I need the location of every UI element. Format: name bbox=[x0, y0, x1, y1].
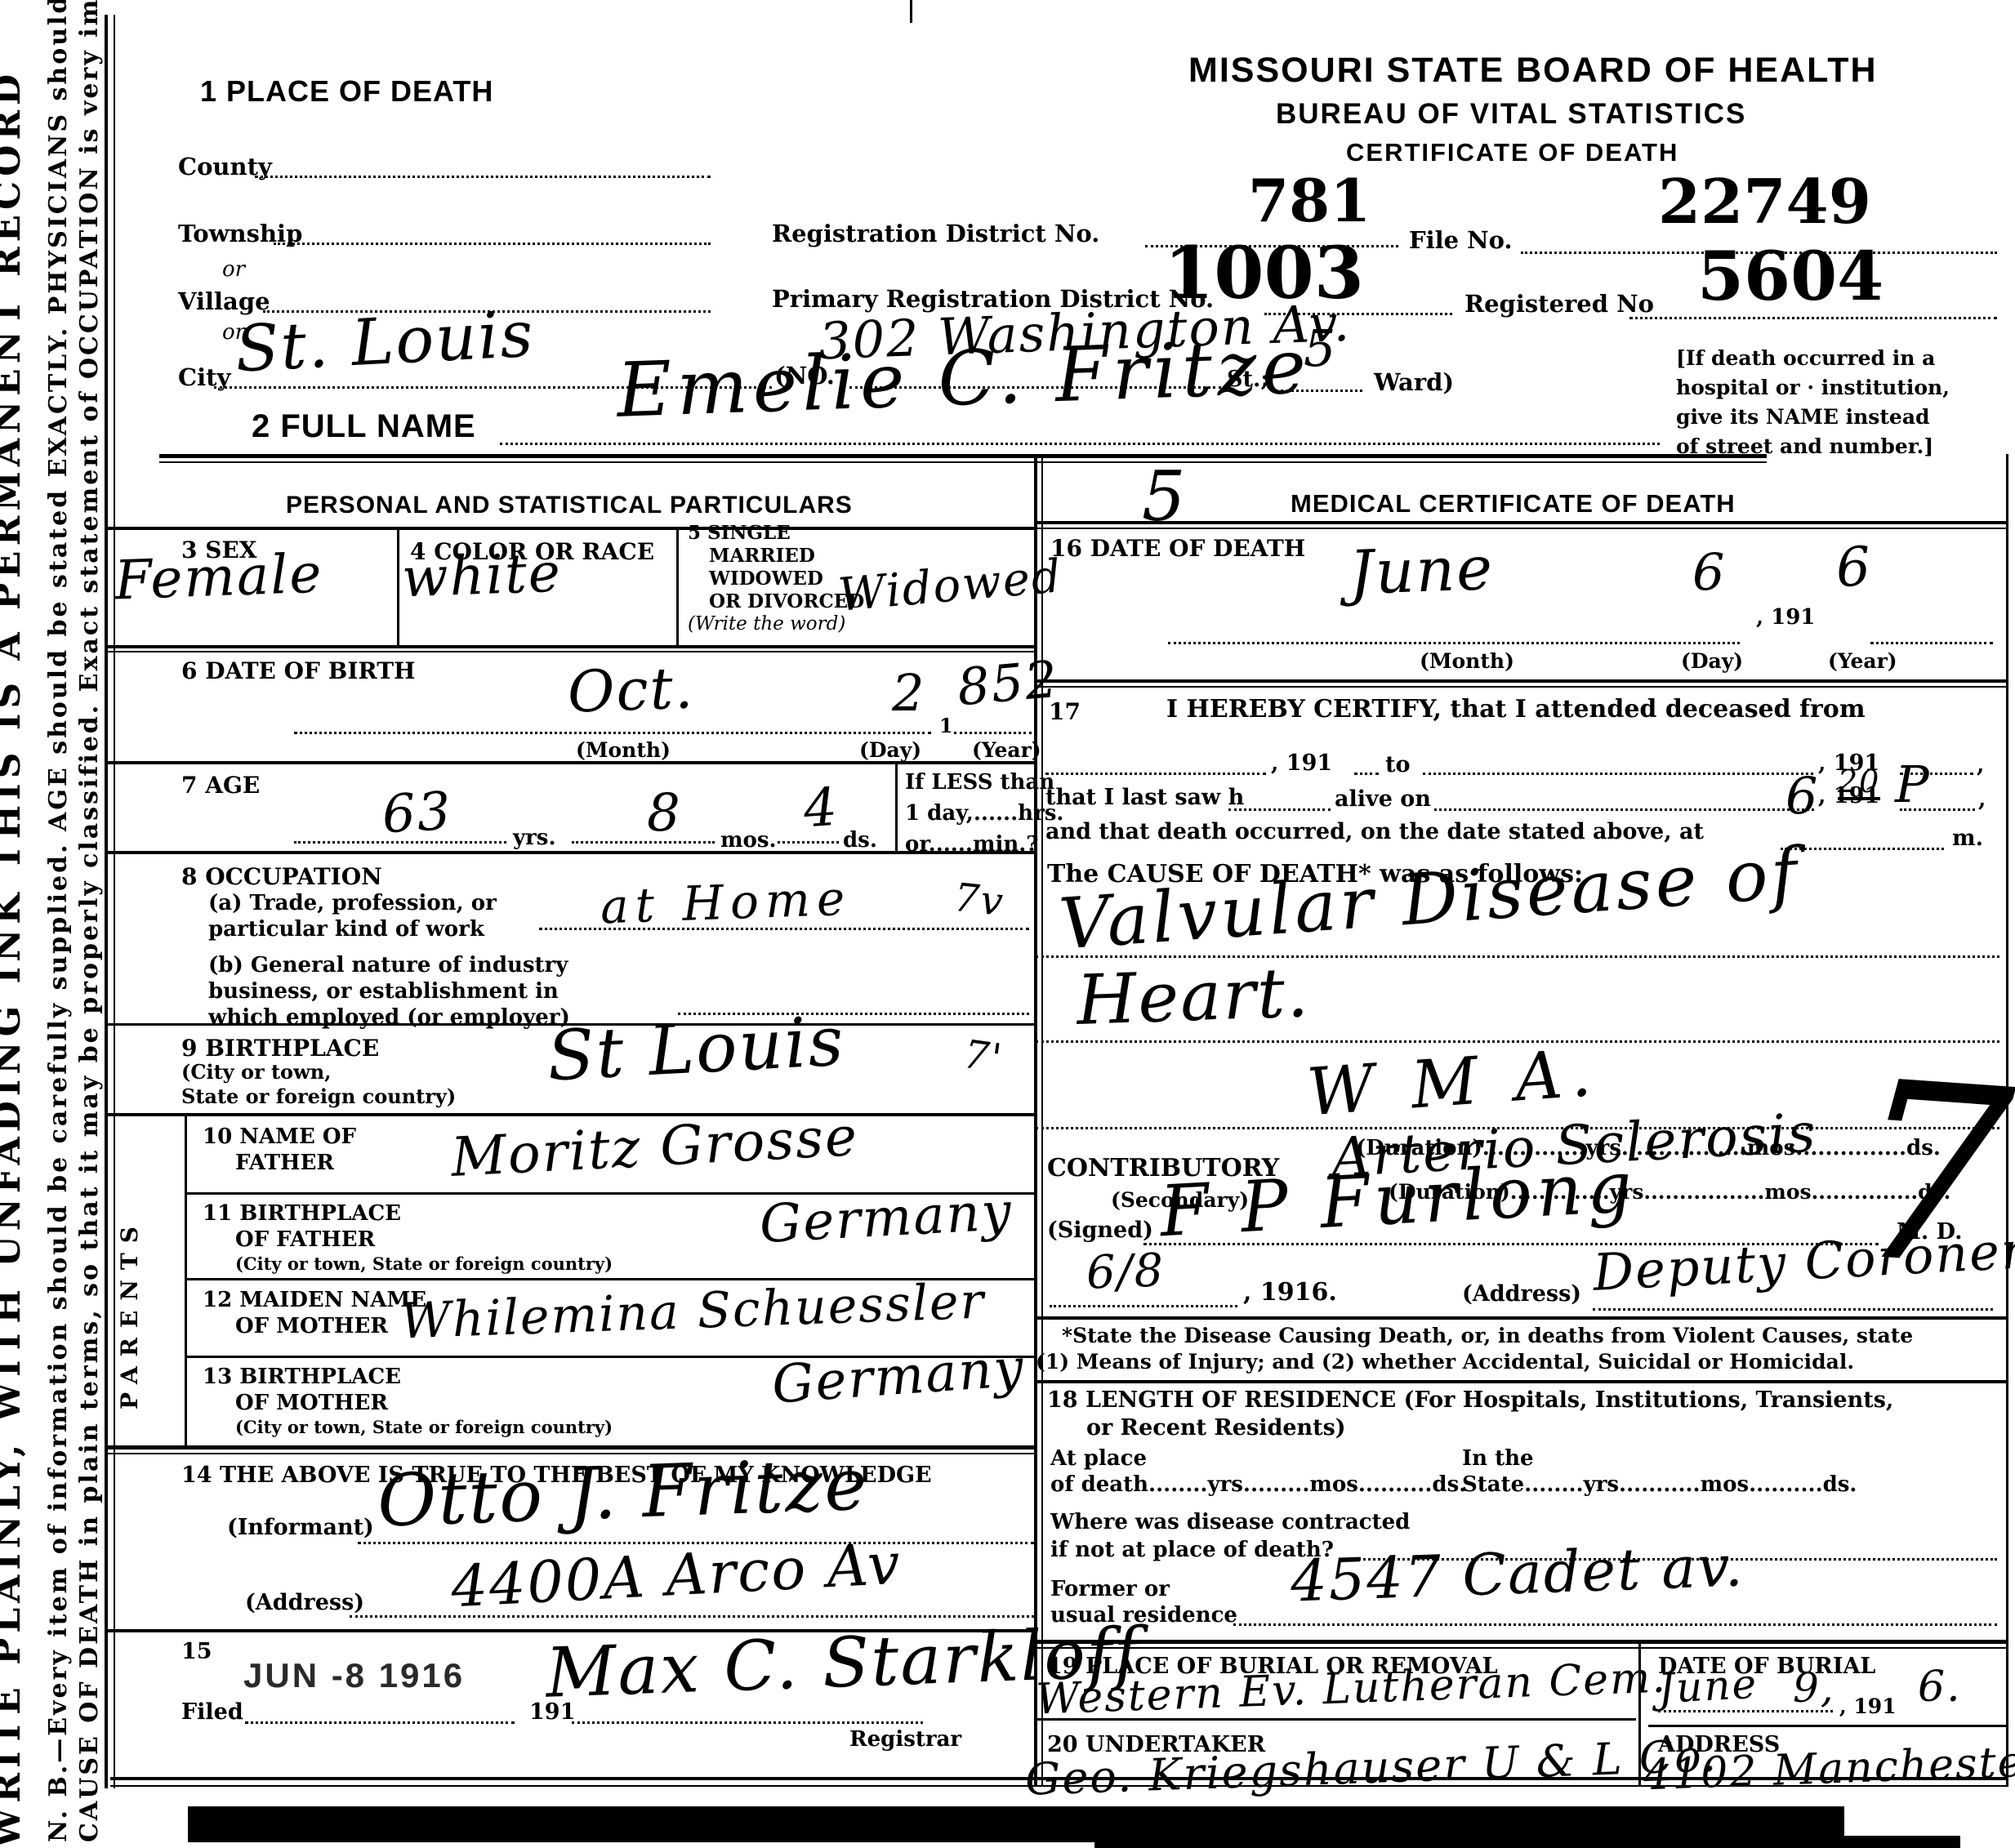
date-of-death-day: 6 bbox=[1692, 547, 1726, 598]
age-ds-caption: ds. bbox=[843, 829, 877, 853]
father-birthplace-label-line3: (City or town, State or foreign country) bbox=[235, 1254, 613, 1274]
scan-artifact-tick bbox=[910, 0, 912, 23]
village-label: Village bbox=[178, 288, 270, 314]
burial-top-rule2 bbox=[1034, 1647, 2007, 1649]
mother-name-label-line2: OF MOTHER bbox=[235, 1315, 388, 1338]
dob-label: 6 DATE OF BIRTH bbox=[181, 658, 415, 684]
death-time-m-label: m. bbox=[1952, 826, 1983, 851]
age-label: 7 AGE bbox=[181, 773, 260, 798]
age-mos-caption: mos. bbox=[720, 829, 777, 853]
board-title: MISSOURI STATE BOARD OF HEALTH bbox=[1188, 51, 1878, 90]
occupation-a-line2: particular kind of work bbox=[208, 918, 484, 942]
last-saw-dots-2 bbox=[1434, 808, 1814, 811]
filed-label: Filed bbox=[181, 1700, 243, 1725]
in-state-label-line1: In the bbox=[1462, 1447, 1534, 1471]
birthplace-label-line1: 9 BIRTHPLACE bbox=[181, 1035, 379, 1061]
occupation-a-value: at Home bbox=[600, 875, 852, 931]
footnote-bottom-rule bbox=[1034, 1380, 2007, 1383]
dob-year-value: 852 bbox=[956, 654, 1061, 714]
death-time-minutes: 20 bbox=[1838, 766, 1880, 800]
scan-black-bar-2 bbox=[1094, 1836, 1960, 1848]
birthplace-label-line3: State or foreign country) bbox=[181, 1086, 456, 1108]
former-residence-value: 4547 Cadet av. bbox=[1290, 1537, 1745, 1610]
father-name-value: Moritz Grosse bbox=[450, 1110, 860, 1185]
footnote-top-rule bbox=[1034, 1316, 2007, 1320]
dob-line bbox=[294, 732, 931, 734]
burial-date-year-prefix: , 191 bbox=[1839, 1695, 1897, 1718]
death-certificate-scan: WRITE PLAINLY, WITH UNFADING INK THIS IS… bbox=[0, 0, 2015, 1848]
age-ds-value: 4 bbox=[802, 782, 840, 836]
stray-mark-1: 7v bbox=[952, 878, 1006, 922]
signed-date-value: 6/8 bbox=[1086, 1248, 1166, 1296]
reg-district-value: 781 bbox=[1248, 171, 1371, 230]
sex-row-rule2 bbox=[108, 651, 1034, 652]
parents-vertical-label: PARENTS bbox=[116, 1217, 143, 1409]
informant-address-label: (Address) bbox=[245, 1591, 364, 1615]
margin-permanent-record: WRITE PLAINLY, WITH UNFADING INK THIS IS… bbox=[0, 69, 29, 1848]
medical-title-rule2 bbox=[1034, 528, 2007, 529]
at-place-label-line1: At place bbox=[1050, 1447, 1147, 1471]
cause-of-death-line3: W M A. bbox=[1305, 1040, 1602, 1126]
signed-year-label: , 1916. bbox=[1243, 1279, 1337, 1307]
certify-dots-2 bbox=[1354, 773, 1379, 775]
at-place-label-line2: of death........yrs.........mos.........… bbox=[1050, 1473, 1466, 1497]
full-name-label: 2 FULL NAME bbox=[252, 408, 476, 445]
reg-district-label: Registration District No. bbox=[772, 220, 1099, 247]
burial-date-day: 9, bbox=[1793, 1668, 1835, 1708]
footnote-line2: (1) Means of Injury; and (2) whether Acc… bbox=[1036, 1351, 1854, 1374]
date-of-death-year-prefix: , 191 bbox=[1756, 606, 1815, 630]
death-time-meridiem: P bbox=[1895, 759, 1931, 810]
certify-number: 17 bbox=[1049, 699, 1081, 724]
alive-on-label: alive on bbox=[1335, 787, 1431, 812]
age-yrs-value: 63 bbox=[381, 786, 453, 841]
mother-name-label-line1: 12 MAIDEN NAME bbox=[203, 1289, 426, 1312]
date-of-death-label: 16 DATE OF DEATH bbox=[1050, 536, 1305, 561]
race-marital-divider bbox=[676, 527, 679, 647]
form-left-border-outer bbox=[105, 15, 108, 1788]
occupation-b-line1: (b) General nature of industry bbox=[208, 954, 568, 977]
city-value: St. Louis bbox=[234, 302, 536, 381]
filed-section-number: 15 bbox=[181, 1640, 212, 1664]
registered-no-value: 5604 bbox=[1697, 243, 1883, 310]
ward-label: Ward) bbox=[1374, 369, 1454, 395]
medical-title-rule bbox=[1034, 521, 2007, 524]
dob-year-line bbox=[954, 732, 1032, 734]
age-yrs-caption: yrs. bbox=[513, 826, 556, 850]
margin-nb-line1: N. B.—Every item of information should b… bbox=[44, 0, 73, 1842]
personal-title-rule bbox=[108, 527, 1034, 530]
race-value: white bbox=[401, 546, 563, 606]
hospital-note-line1: [If death occurred in a bbox=[1676, 347, 1935, 370]
last-saw-label: that I last saw h bbox=[1045, 786, 1244, 810]
age-note-line1: If LESS than bbox=[905, 771, 1054, 795]
informant-label: (Informant) bbox=[227, 1516, 374, 1540]
certify-comma-1: , bbox=[1977, 753, 1984, 777]
medical-section-title: MEDICAL CERTIFICATE OF DEATH bbox=[1291, 490, 1736, 519]
dob-year-prefix: 1 bbox=[939, 715, 953, 737]
mother-birthplace-label-line2: OF MOTHER bbox=[235, 1392, 388, 1415]
father-name-label-line1: 10 NAME OF bbox=[203, 1125, 356, 1149]
birthplace-label-line2: (City or town, bbox=[181, 1062, 332, 1084]
occupation-b-line3: which employed (or employer) bbox=[208, 1006, 570, 1030]
date-of-death-line bbox=[1168, 642, 1740, 644]
death-time-dots bbox=[1781, 848, 1944, 850]
township-line bbox=[274, 243, 711, 245]
certify-dots-1 bbox=[1045, 773, 1266, 775]
occupation-a-line bbox=[539, 928, 1029, 930]
county-line bbox=[255, 176, 711, 178]
certify-year-1: , 191 bbox=[1271, 751, 1332, 776]
filed-line2 bbox=[572, 1721, 923, 1724]
cause-of-death-line1: Valvular Disease of bbox=[1057, 838, 1803, 960]
dod-month-caption: (Month) bbox=[1420, 650, 1514, 673]
marital-value: Widowed bbox=[836, 554, 1064, 619]
sex-race-divider bbox=[397, 527, 399, 647]
in-state-label-line2: State........yrs...........mos..........… bbox=[1462, 1473, 1857, 1497]
registrar-label: Registrar bbox=[849, 1728, 961, 1752]
informant-address-value: 4400A Arco Av bbox=[450, 1535, 903, 1616]
occupation-a-line1: (a) Trade, profession, or bbox=[208, 892, 497, 915]
age-row-rule bbox=[108, 851, 1034, 854]
personal-section-title: PERSONAL AND STATISTICAL PARTICULARS bbox=[286, 492, 853, 519]
dob-day-value: 2 bbox=[892, 668, 925, 719]
occupation-b-line2: business, or establishment in bbox=[208, 980, 559, 1004]
father-birthplace-label-line2: OF FATHER bbox=[235, 1228, 375, 1252]
dod-day-caption: (Day) bbox=[1681, 650, 1743, 673]
margin-nb-line2: CAUSE OF DEATH in plain terms, so that i… bbox=[75, 0, 104, 1842]
informant-address-line bbox=[350, 1615, 1034, 1618]
dod-row-rule bbox=[1034, 679, 2007, 683]
burial-top-rule bbox=[1034, 1640, 2007, 1644]
death-occurred-label: and that death occurred, on the date sta… bbox=[1045, 820, 1704, 844]
stray-mark-2: 7' bbox=[961, 1035, 1005, 1079]
former-residence-line bbox=[1233, 1623, 1997, 1626]
signed-label: (Signed) bbox=[1047, 1218, 1153, 1243]
burial-date-month: June bbox=[1657, 1663, 1759, 1709]
burial-date-line bbox=[1658, 1710, 1833, 1712]
age-yrs-line bbox=[294, 841, 506, 844]
header-bottom-rule bbox=[159, 454, 1767, 458]
certify-to-label: to bbox=[1385, 753, 1410, 777]
full-name-line bbox=[500, 443, 1660, 445]
mother-birthplace-label-line1: 13 BIRTHPLACE bbox=[203, 1365, 401, 1389]
certify-dots-3 bbox=[1423, 773, 1813, 775]
death-time-hour: 6 bbox=[1785, 771, 1819, 822]
age-ds-line bbox=[778, 841, 839, 844]
residence-label-line1: 18 LENGTH OF RESIDENCE (For Hospitals, I… bbox=[1047, 1388, 1893, 1413]
hospital-note-line4: of street and number.] bbox=[1676, 435, 1933, 458]
burial-date-rule bbox=[1648, 1725, 2007, 1727]
father-name-label-line2: FATHER bbox=[235, 1151, 334, 1175]
father-birthplace-value: Germany bbox=[759, 1186, 1014, 1251]
footnote-line1: *State the Disease Causing Death, or, in… bbox=[1062, 1325, 1913, 1347]
hospital-note-line3: give its NAME instead bbox=[1676, 406, 1930, 429]
certify-comma-2: , bbox=[1978, 787, 1986, 812]
certificate-title: CERTIFICATE OF DEATH bbox=[1346, 139, 1678, 167]
full-name-value: Emelie C. Fritze bbox=[616, 329, 1313, 429]
informant-value: Otto J. Fritze bbox=[377, 1449, 870, 1538]
registered-no-label: Registered No bbox=[1464, 291, 1654, 317]
residence-label-line2: or Recent Residents) bbox=[1086, 1416, 1346, 1441]
filed-line bbox=[245, 1721, 515, 1724]
dob-month-value: Oct. bbox=[567, 659, 695, 720]
signed-date-line bbox=[1050, 1305, 1237, 1307]
date-of-death-year: 6 bbox=[1834, 540, 1873, 595]
dod-year-caption: (Year) bbox=[1828, 650, 1897, 673]
occupation-label: 8 OCCUPATION bbox=[181, 864, 382, 889]
date-of-death-month: June bbox=[1349, 538, 1495, 603]
burial-date-year: 6. bbox=[1918, 1666, 1962, 1708]
age-mos-value: 8 bbox=[647, 787, 682, 839]
sex-value: Female bbox=[114, 547, 323, 608]
bureau-title: BUREAU OF VITAL STATISTICS bbox=[1276, 98, 1746, 130]
contracted-label-line1: Where was disease contracted bbox=[1050, 1511, 1410, 1534]
former-residence-label-line2: usual residence bbox=[1050, 1604, 1237, 1628]
or-label-1: or bbox=[222, 257, 245, 282]
filed-date-stamp: JUN -8 1916 bbox=[243, 1656, 465, 1695]
mother-name-value: Whilemina Schuessler bbox=[399, 1277, 986, 1347]
form-left-border-inner bbox=[114, 15, 115, 1788]
sex-row-rule bbox=[108, 645, 1034, 648]
signed-address-label: (Address) bbox=[1462, 1282, 1581, 1307]
registered-no-line bbox=[1629, 317, 1997, 319]
date-of-death-year-line bbox=[1870, 642, 1993, 644]
birthplace-value: St Louis bbox=[546, 1007, 846, 1091]
last-saw-dots-1 bbox=[1228, 808, 1331, 811]
birthplace-row-rule bbox=[108, 1113, 1034, 1116]
hospital-note-line2: hospital or · institution, bbox=[1676, 376, 1950, 399]
age-note-line2: 1 day,......hrs. bbox=[905, 802, 1063, 826]
place-of-death-heading: 1 PLACE OF DEATH bbox=[200, 75, 493, 108]
dod-row-rule2 bbox=[1034, 686, 2007, 688]
signed-address-line bbox=[1593, 1308, 1993, 1311]
dob-year-caption: (Year) bbox=[972, 739, 1041, 762]
marital-label-2: MARRIED bbox=[709, 545, 815, 567]
former-residence-label-line1: Former or bbox=[1050, 1578, 1170, 1601]
marital-label-1: 5 SINGLE bbox=[688, 523, 791, 544]
cause-of-death-line2: Heart. bbox=[1076, 958, 1311, 1035]
dob-month-caption: (Month) bbox=[576, 739, 671, 762]
marital-label-3: WIDOWED bbox=[709, 568, 823, 590]
mother-birthplace-value: Germany bbox=[770, 1342, 1027, 1411]
dob-day-caption: (Day) bbox=[859, 739, 921, 762]
burial-place-line bbox=[1036, 1718, 1636, 1721]
age-note-divider bbox=[895, 761, 898, 851]
file-no-value: 22749 bbox=[1658, 171, 1871, 233]
marital-label-5: (Write the word) bbox=[688, 614, 845, 635]
parents-bottom-rule bbox=[108, 1445, 1034, 1449]
certify-line1: I HEREBY CERTIFY, that I attended deceas… bbox=[1166, 696, 1866, 724]
mother-birthplace-label-line3: (City or town, State or foreign country) bbox=[235, 1418, 613, 1437]
header-bottom-rule2 bbox=[159, 461, 1767, 463]
father-birthplace-label-line1: 11 BIRTHPLACE bbox=[203, 1202, 401, 1226]
age-mos-line bbox=[572, 841, 715, 844]
file-no-label: File No. bbox=[1409, 227, 1513, 253]
